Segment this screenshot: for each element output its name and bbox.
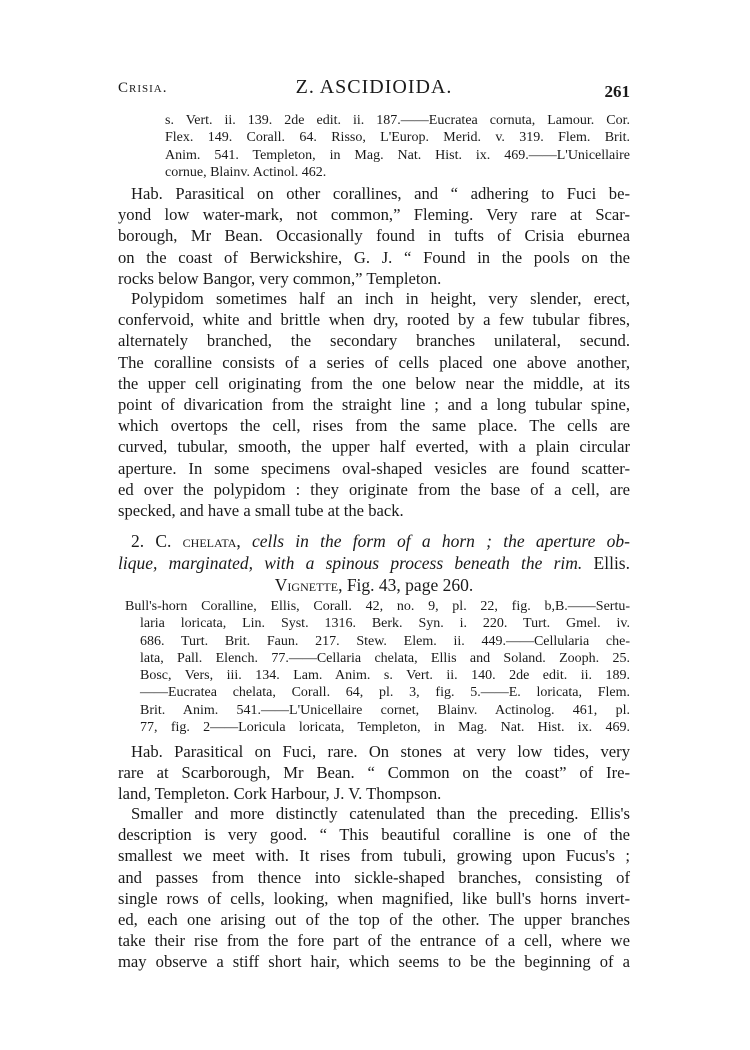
synonymy-line: Bull's-horn Coralline, Ellis, Corall. 42… [118, 598, 630, 615]
species-name: chelata, [183, 531, 241, 551]
text-line: may observe a stiff short hair, which se… [118, 951, 630, 972]
text-line: and passes from thence into sickle-shape… [118, 867, 630, 888]
text-line: the upper cell originating from the one … [118, 373, 630, 394]
description-paragraph-1: Polypidom sometimes half an inch in heig… [118, 288, 630, 521]
text-line: specked, and have a small tube at the ba… [118, 500, 630, 521]
text-line: Smaller and more distinctly catenulated … [118, 803, 630, 824]
species-number: 2. [131, 531, 144, 551]
text-line: single rows of cells, looking, when magn… [118, 888, 630, 909]
synonymy-line: 77, fig. 2——Loricula loricata, Templeton… [118, 719, 630, 736]
synonymy-line: lata, Pall. Elench. 77.——Cellaria chelat… [118, 650, 630, 667]
synonymy-line: Bosc, Vers, iii. 134. Lam. Anim. s. Vert… [118, 667, 630, 684]
page-number: 261 [605, 82, 631, 102]
species-diagnosis: cells in the form of a horn ; the apertu… [252, 531, 630, 551]
text-line: point of divarication from the straight … [118, 394, 630, 415]
text-line: ed over the polypidom : they originate f… [118, 479, 630, 500]
synonymy-line: laria loricata, Lin. Syst. 1316. Berk. S… [118, 615, 630, 632]
species-genus: C. [155, 531, 171, 551]
text-line: which overtops the cell, rises from the … [118, 415, 630, 436]
vignette-figure: Fig. 43, page 260. [347, 575, 473, 595]
text-line: on the coast of Berwickshire, G. J. “ Fo… [118, 247, 630, 268]
text-line: land, Templeton. Cork Harbour, J. V. Tho… [118, 783, 630, 804]
vignette-label: Vignette, [275, 575, 343, 595]
text-line: rocks below Bangor, very common,” Temple… [118, 268, 630, 289]
text-line: rare at Scarborough, Mr Bean. “ Common o… [118, 762, 630, 783]
species-heading: 2. C. chelata, cells in the form of a ho… [118, 530, 630, 596]
text-line: ed, each one arising out of the top of t… [118, 909, 630, 930]
text-line: smallest we meet with. It rises from tub… [118, 845, 630, 866]
text-line: Hab. Parasitical on Fuci, rare. On stone… [118, 741, 630, 762]
text-line: Hab. Parasitical on other corallines, an… [118, 183, 630, 204]
synonymy-line: ——Eucratea chelata, Corall. 64, pl. 3, f… [118, 684, 630, 701]
synonymy-line: 686. Turt. Brit. Faun. 217. Stew. Elem. … [118, 633, 630, 650]
synonymy-line: s. Vert. ii. 139. 2de edit. ii. 187.——Eu… [118, 112, 630, 129]
text-line: alternately branched, the secondary bran… [118, 330, 630, 351]
species-diagnosis-line-1: 2. C. chelata, cells in the form of a ho… [118, 530, 630, 552]
book-page: Crisia. Z. ASCIDIOIDA. 261 s. Vert. ii. … [0, 0, 750, 1050]
species-authority: Ellis. [594, 553, 630, 573]
text-line: description is very good. “ This beautif… [118, 824, 630, 845]
text-line: aperture. In some specimens oval-shaped … [118, 458, 630, 479]
description-paragraph-2: Smaller and more distinctly catenulated … [118, 803, 630, 973]
text-line: confervoid, white and brittle when dry, … [118, 309, 630, 330]
text-line: Polypidom sometimes half an inch in heig… [118, 288, 630, 309]
text-line: curved, tubular, smooth, the upper half … [118, 436, 630, 457]
synonymy-line: Anim. 541. Templeton, in Mag. Nat. Hist.… [118, 147, 630, 164]
section-title: Z. ASCIDIOIDA. [118, 76, 630, 99]
text-line: The coralline consists of a series of ce… [118, 352, 630, 373]
habitat-paragraph-1: Hab. Parasitical on other corallines, an… [118, 183, 630, 289]
species-diagnosis-cont: lique, marginated, with a spinous proces… [118, 553, 582, 573]
synonymy-list: Bull's-horn Coralline, Ellis, Corall. 42… [118, 598, 630, 736]
text-line: yond low water-mark, not common,” Flemin… [118, 204, 630, 225]
synonymy-line: Brit. Anim. 541.——L'Unicellaire cornet, … [118, 702, 630, 719]
page-header: Crisia. Z. ASCIDIOIDA. 261 [118, 78, 630, 102]
vignette-reference: Vignette, Fig. 43, page 260. [118, 574, 630, 596]
synonymy-line: Flex. 149. Corall. 64. Risso, L'Europ. M… [118, 129, 630, 146]
species-diagnosis-line-2: lique, marginated, with a spinous proces… [118, 552, 630, 574]
synonymy-line: cornue, Blainv. Actinol. 462. [118, 164, 630, 181]
text-line: take their rise from the fore part of th… [118, 930, 630, 951]
synonymy-continued: s. Vert. ii. 139. 2de edit. ii. 187.——Eu… [118, 112, 630, 181]
text-line: borough, Mr Bean. Occasionally found in … [118, 225, 630, 246]
habitat-paragraph-2: Hab. Parasitical on Fuci, rare. On stone… [118, 741, 630, 805]
